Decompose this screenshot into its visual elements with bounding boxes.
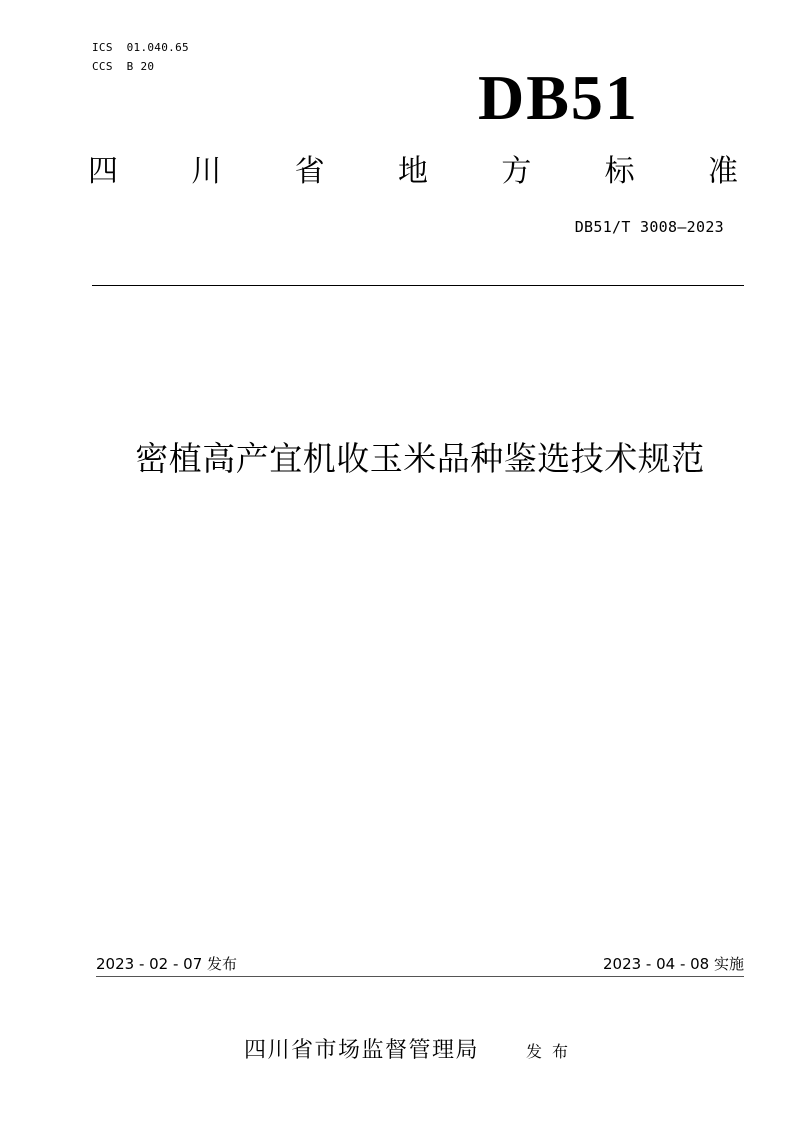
publish-date: 2023 - 02 - 07 发布 xyxy=(96,953,237,975)
date-row: 2023 - 02 - 07 发布 2023 - 04 - 08 实施 xyxy=(96,953,744,975)
standard-type-char: 四 xyxy=(88,152,118,192)
standard-type-char: 川 xyxy=(191,152,221,192)
standard-number: DB51/T 3008—2023 xyxy=(575,216,724,238)
standard-type-char: 方 xyxy=(501,152,531,192)
standard-type-char: 地 xyxy=(398,152,428,192)
standard-logo: DB51 xyxy=(478,66,639,130)
standard-type-char: 准 xyxy=(708,152,738,192)
classification-codes: ICS 01.040.65 CCS B 20 xyxy=(92,38,189,76)
issuing-action: 发布 xyxy=(526,1040,578,1064)
footer-divider xyxy=(96,976,744,977)
implement-date: 2023 - 04 - 08 实施 xyxy=(603,953,744,975)
standard-type-char: 标 xyxy=(605,152,635,192)
standard-type-char: 省 xyxy=(295,152,325,192)
ics-code: ICS 01.040.65 xyxy=(92,38,189,57)
document-title: 密植高产宜机收玉米品种鉴选技术规范 xyxy=(0,436,800,482)
issuing-authority: 四川省市场监督管理局 xyxy=(244,1036,479,1066)
ccs-code: CCS B 20 xyxy=(92,57,189,76)
standard-type-heading: 四 川 省 地 方 标 准 xyxy=(88,152,738,192)
header-divider xyxy=(92,285,744,286)
